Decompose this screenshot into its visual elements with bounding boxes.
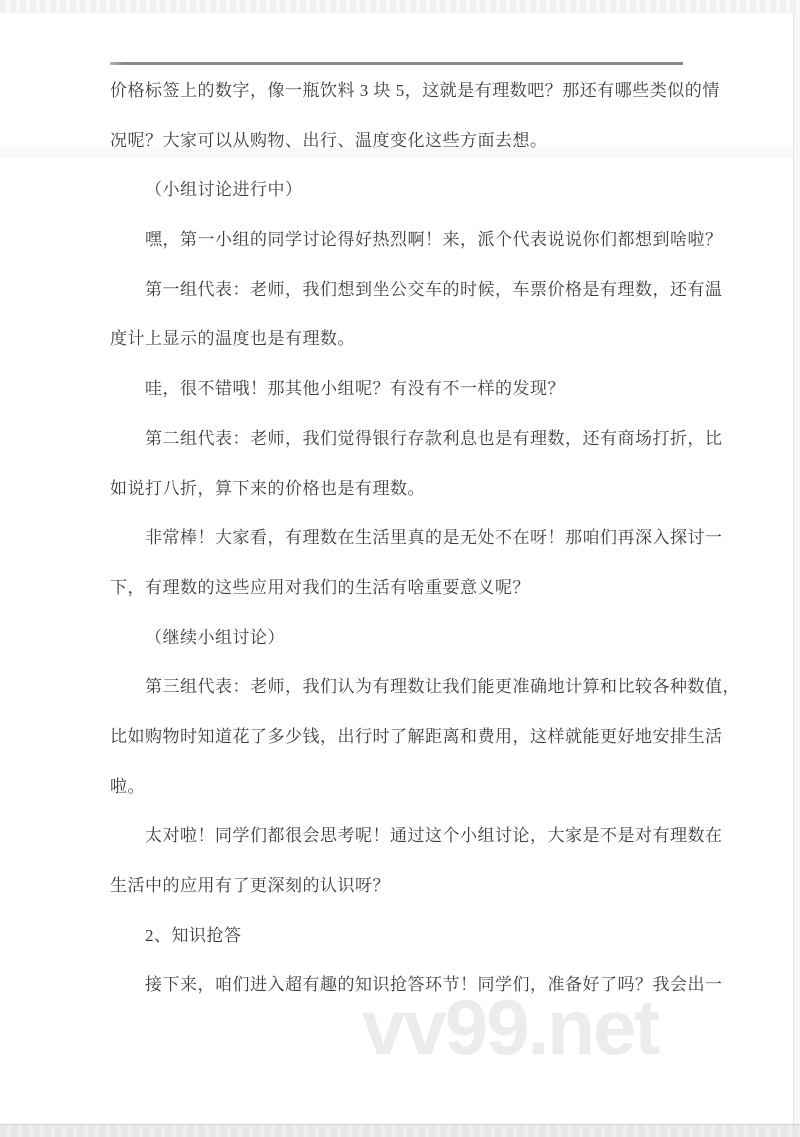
document-line: 下，有理数的这些应用对我们的生活有啥重要意义呢？	[110, 563, 695, 613]
document-line: 2、知识抢答	[110, 911, 695, 961]
document-line: 哇，很不错哦！那其他小组呢？有没有不一样的发现？	[110, 364, 695, 414]
document-line: 第一组代表：老师，我们想到坐公交车的时候，车票价格是有理数，还有温	[110, 265, 695, 315]
page-top-edge	[0, 0, 800, 13]
document-line: 如说打八折，算下来的价格也是有理数。	[110, 464, 695, 514]
document-line: 非常棒！大家看，有理数在生活里真的是无处不在呀！那咱们再深入探讨一	[110, 513, 695, 563]
document-line: 第三组代表：老师，我们认为有理数让我们能更准确地计算和比较各种数值，	[110, 662, 695, 712]
document-line: 嘿，第一小组的同学讨论得好热烈啊！来，派个代表说说你们都想到啥啦？	[110, 215, 695, 265]
document-line: 太对啦！同学们都很会思考呢！通过这个小组讨论，大家是不是对有理数在	[110, 811, 695, 861]
document-line: （小组讨论进行中）	[110, 165, 695, 215]
document-line: 生活中的应用有了更深刻的认识呀？	[110, 861, 695, 911]
header-divider-line	[110, 62, 683, 65]
document-line: （继续小组讨论）	[110, 613, 695, 663]
watermark: vv99.net	[362, 982, 658, 1073]
document-line: 况呢？大家可以从购物、出行、温度变化这些方面去想。	[110, 116, 695, 166]
document-line: 度计上显示的温度也是有理数。	[110, 314, 695, 364]
page-right-edge	[793, 12, 800, 1124]
page-bottom-edge	[0, 1124, 800, 1137]
document-line: 价格标签上的数字，像一瓶饮料 3 块 5，这就是有理数吧？那还有哪些类似的情	[110, 66, 695, 116]
document-line: 第二组代表：老师，我们觉得银行存款利息也是有理数，还有商场打折，比	[110, 414, 695, 464]
document-line: 啦。	[110, 762, 695, 812]
document-line: 比如购物时知道花了多少钱，出行时了解距离和费用，这样就能更好地安排生活	[110, 712, 695, 762]
document-body: 价格标签上的数字，像一瓶饮料 3 块 5，这就是有理数吧？那还有哪些类似的情 况…	[110, 66, 695, 1010]
